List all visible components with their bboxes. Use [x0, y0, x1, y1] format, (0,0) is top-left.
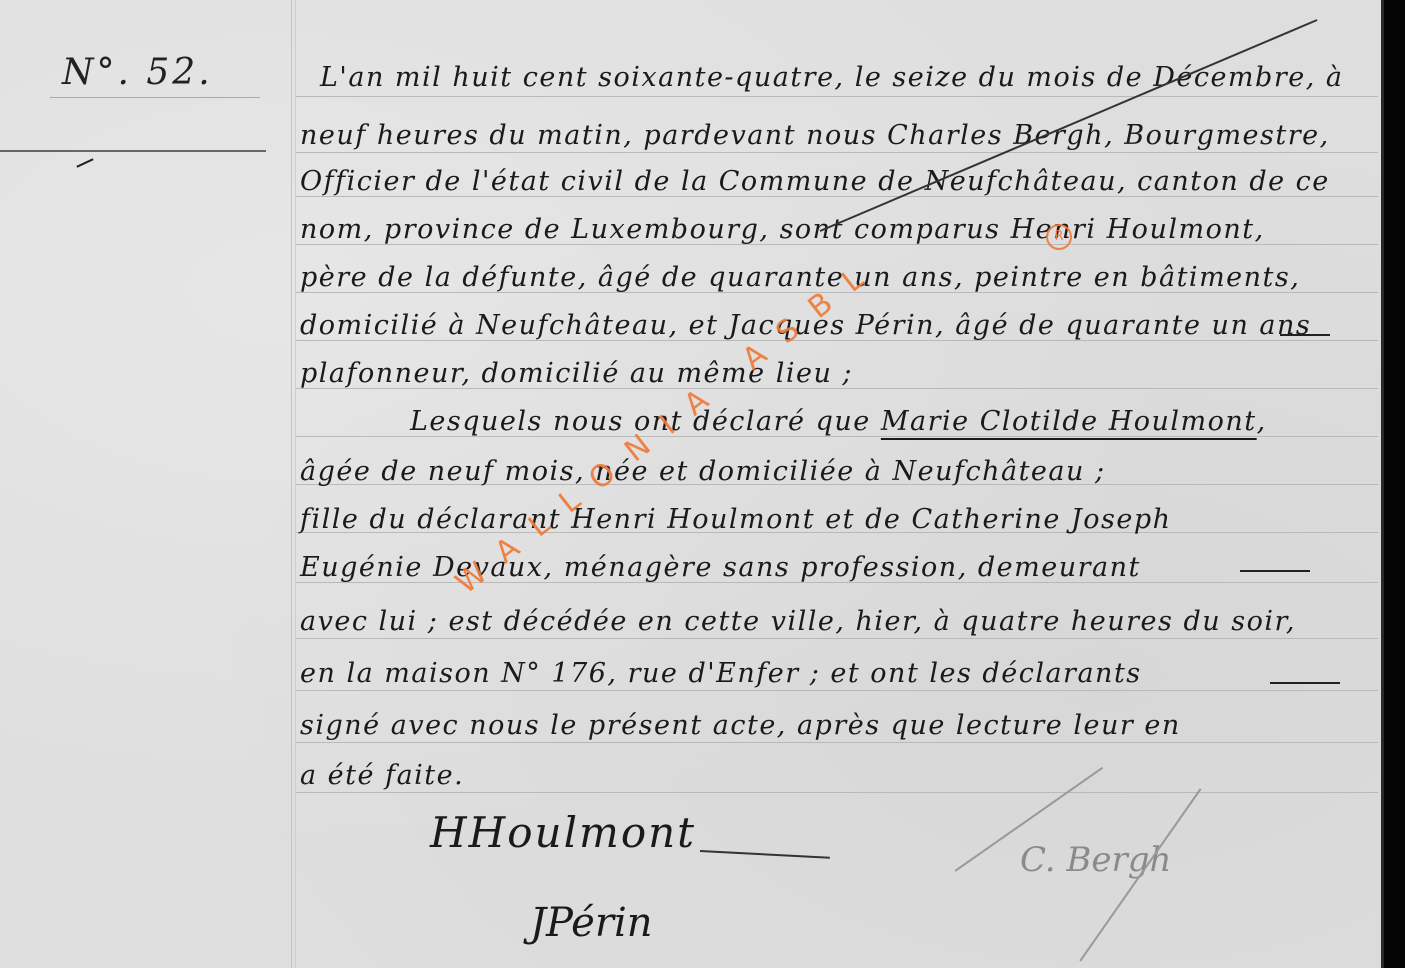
record-line-12: avec lui ; est décédée en cette ville, h…: [300, 606, 1296, 637]
ruled-line: [296, 690, 1378, 691]
signature-houlmont: HHoulmont: [430, 808, 696, 857]
record-line-1: L'an mil huit cent soixante-quatre, le s…: [320, 62, 1343, 93]
record-line-11: Eugénie Devaux, ménagère sans profession…: [300, 552, 1141, 583]
record-line-10: fille du déclarant Henri Houlmont et de …: [300, 504, 1172, 535]
margin-rule: [291, 0, 292, 968]
record-line-13: en la maison N° 176, rue d'Enfer ; et on…: [300, 658, 1142, 689]
ruled-line: [296, 792, 1378, 793]
line-fill-dash: [1240, 570, 1310, 572]
ruled-line: [296, 96, 1378, 97]
scanned-register-page: N°. 52. L'an mil huit cent soixante-quat…: [0, 0, 1384, 968]
act-number: N°. 52.: [62, 52, 213, 93]
registered-mark-icon: R: [1046, 224, 1072, 250]
record-line-2: neuf heures du matin, pardevant nous Cha…: [300, 120, 1330, 151]
ruled-line: [296, 742, 1378, 743]
signature-perin: JPérin: [530, 900, 653, 946]
margin-tick-mark: [76, 158, 93, 167]
record-line-5: père de la défunte, âgé de quarante un a…: [300, 262, 1300, 293]
margin-number-rule: [50, 97, 260, 98]
margin-separator: [0, 150, 266, 152]
record-line-15: a été faite.: [300, 760, 464, 791]
record-line-9: âgée de neuf mois, née et domiciliée à N…: [300, 456, 1106, 487]
record-line-14: signé avec nous le présent acte, après q…: [300, 710, 1181, 741]
signature-flourish: [700, 850, 830, 859]
line-fill-dash: [1270, 682, 1340, 684]
ruled-line: [296, 152, 1378, 153]
ruled-line: [296, 638, 1378, 639]
record-line-8: Lesquels nous ont déclaré que Marie Clot…: [410, 406, 1267, 437]
record-line-8-tail: ,: [1257, 406, 1267, 437]
record-line-4: nom, province de Luxembourg, sont compar…: [300, 214, 1265, 245]
scan-border: [1384, 0, 1405, 968]
deceased-name: Marie Clotilde Houlmont: [881, 406, 1257, 437]
record-line-3: Officier de l'état civil de la Commune d…: [300, 166, 1330, 197]
line-fill-dash: [1280, 334, 1330, 336]
